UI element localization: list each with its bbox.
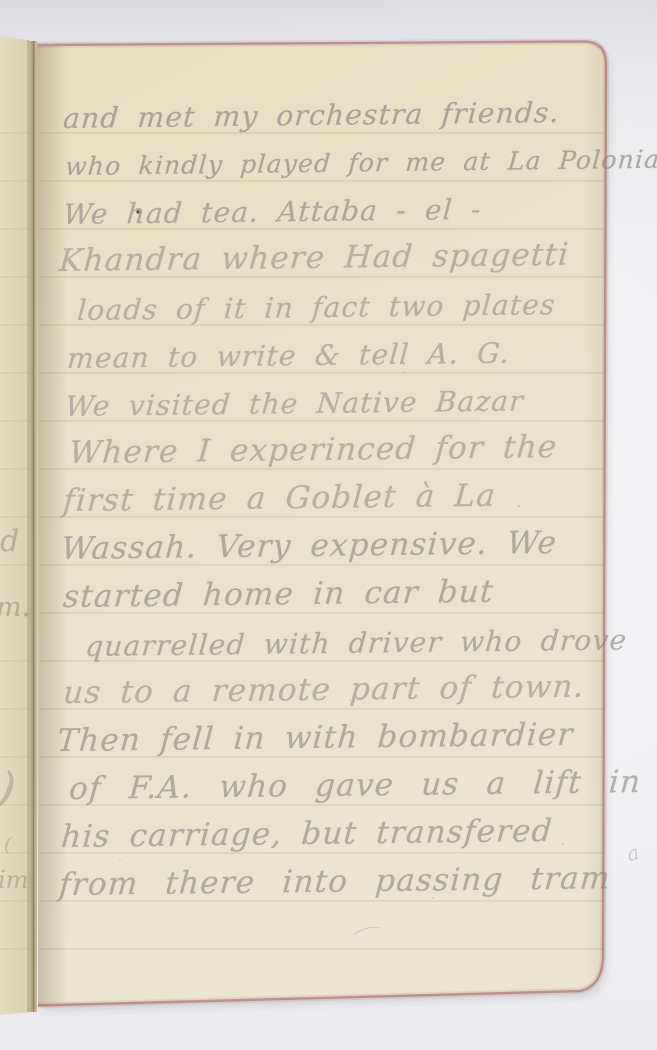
- handwritten-line: We had tea. Attaba - el -: [62, 193, 483, 232]
- left-page-fragment: m.: [0, 592, 30, 623]
- left-page-fragment: im: [0, 866, 28, 894]
- handwritten-line: quarrelled with driver who drove: [84, 623, 629, 664]
- left-page-fragment: (: [4, 834, 11, 856]
- gutter-crease-line: [33, 41, 34, 1012]
- handwritten-line: first time a Goblet à La: [62, 479, 497, 518]
- handwritten-line: and met my orchestra friends.: [62, 96, 561, 136]
- handwritten-line: started home in car but: [62, 575, 495, 614]
- handwritten-line: Khandra where Had spagetti: [58, 238, 571, 278]
- handwritten-line: Where I experinced for the: [68, 430, 559, 470]
- handwritten-line: his carriage, but transfered: [60, 814, 554, 854]
- handwritten-line: Then fell in with bombardier: [56, 718, 575, 758]
- handwritten-line: mean to write & tell A. G.: [66, 337, 511, 376]
- gutter-shading: [37, 42, 67, 1008]
- handwritten-line: us to a remote part of town.: [62, 670, 586, 710]
- handwritten-line: Wassah. Very expensive. We: [60, 526, 558, 566]
- handwritten-line: who kindly played for me at La Polonia: [64, 143, 657, 184]
- handwritten-line: from there into passing tram: [58, 861, 612, 902]
- photo-backdrop: and met my orchestra friends. who kindly…: [0, 0, 657, 1050]
- handwritten-line: of F.A. who gave us a lift in: [68, 765, 643, 806]
- left-page-fragment: d: [0, 524, 19, 559]
- handwritten-line: We visited the Native Bazar: [64, 384, 525, 424]
- handwritten-line: loads of it in fact two plates: [76, 288, 557, 328]
